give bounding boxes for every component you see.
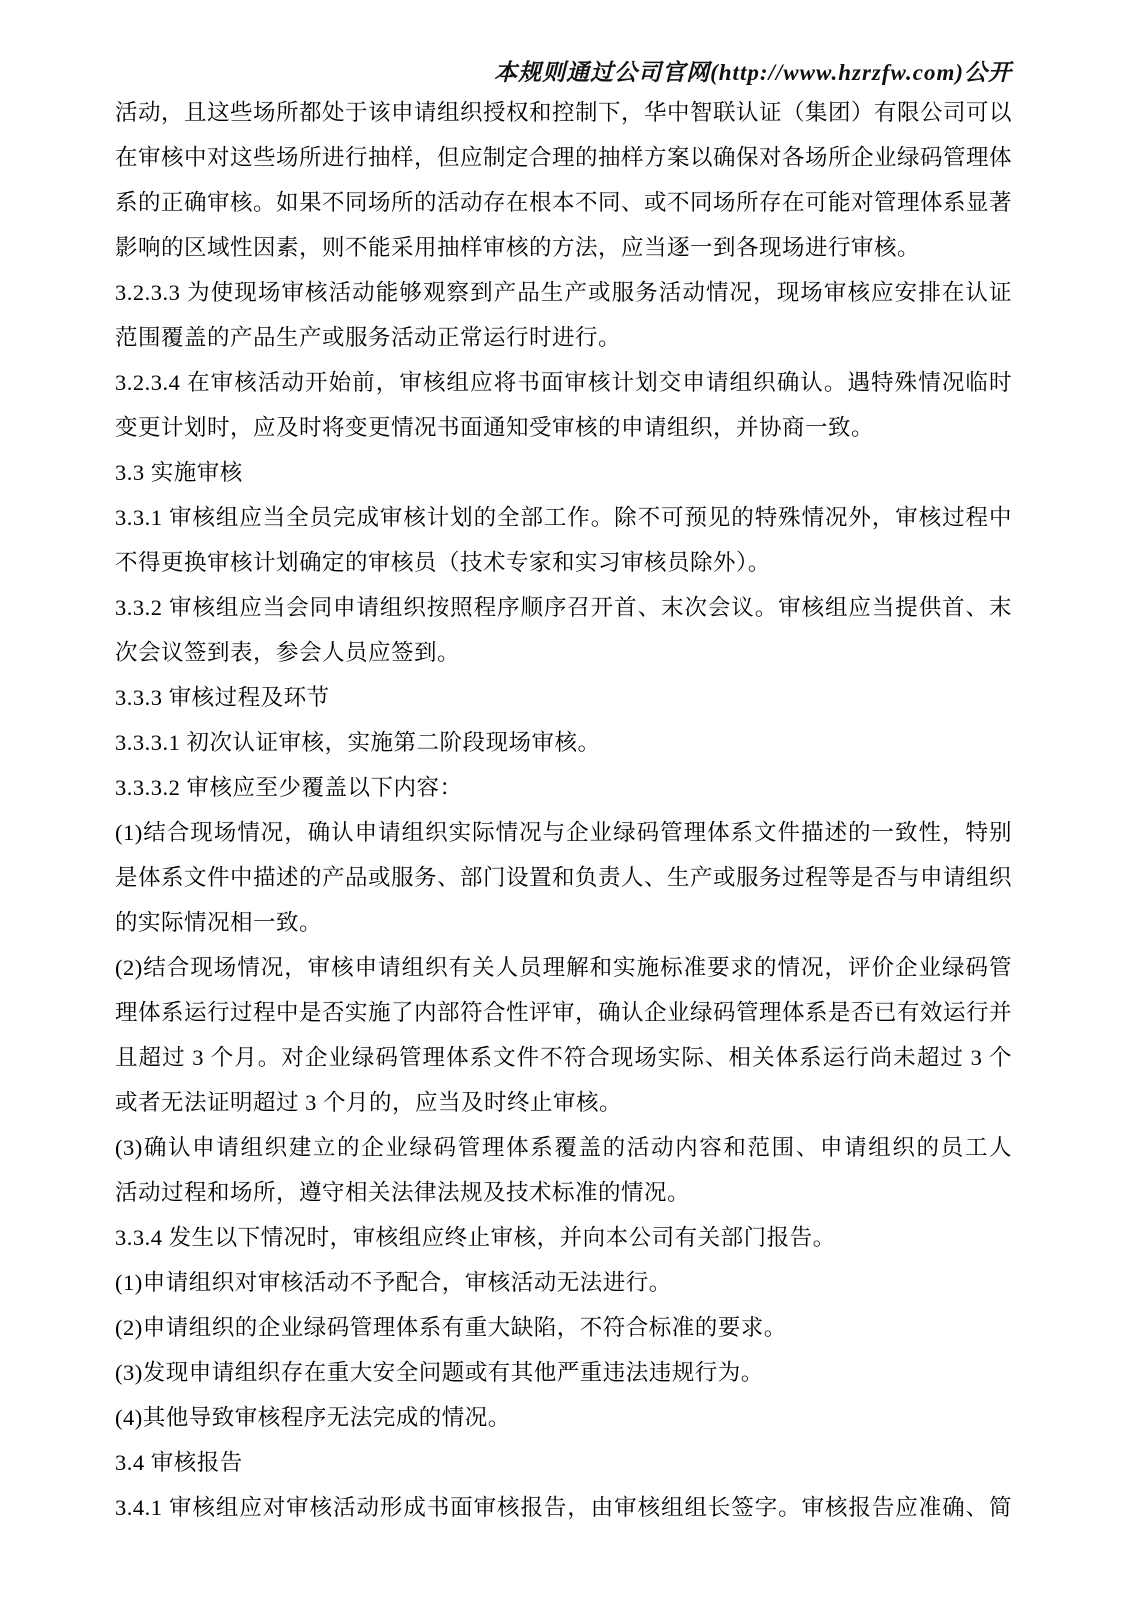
text-line: 理体系运行过程中是否实施了内部符合性评审，确认企业绿码管理体系是否已有效运行并 bbox=[115, 990, 1012, 1035]
list-item: (3)发现申请组织存在重大安全问题或有其他严重违法违规行为。 bbox=[115, 1350, 1012, 1395]
text-line: 且超过 3 个月。对企业绿码管理体系文件不符合现场实际、相关体系运行尚未超过 3… bbox=[115, 1035, 1012, 1080]
list-item: (1)申请组织对审核活动不予配合，审核活动无法进行。 bbox=[115, 1260, 1012, 1305]
text-line: 3.3.3.1 初次认证审核，实施第二阶段现场审核。 bbox=[115, 720, 1012, 765]
text-line: 的实际情况相一致。 bbox=[115, 900, 1012, 945]
text-line: 变更计划时，应及时将变更情况书面通知受审核的申请组织，并协商一致。 bbox=[115, 405, 1012, 450]
text-line: 或者无法证明超过 3 个月的，应当及时终止审核。 bbox=[115, 1080, 1012, 1125]
text-line: 活动过程和场所，遵守相关法律法规及技术标准的情况。 bbox=[115, 1170, 1012, 1215]
text-line: 3.3.1 审核组应当全员完成审核计划的全部工作。除不可预见的特殊情况外，审核过… bbox=[115, 495, 1012, 540]
text-line: 范围覆盖的产品生产或服务活动正常运行时进行。 bbox=[115, 315, 1012, 360]
text-line: 影响的区域性因素，则不能采用抽样审核的方法，应当逐一到各现场进行审核。 bbox=[115, 225, 1012, 270]
text-line: 3.3.4 发生以下情况时，审核组应终止审核，并向本公司有关部门报告。 bbox=[115, 1215, 1012, 1260]
text-line: 是体系文件中描述的产品或服务、部门设置和负责人、生产或服务过程等是否与申请组织 bbox=[115, 855, 1012, 900]
text-line: (3)确认申请组织建立的企业绿码管理体系覆盖的活动内容和范围、申请组织的员工人数… bbox=[115, 1125, 1012, 1170]
text-line: 不得更换审核计划确定的审核员（技术专家和实习审核员除外）。 bbox=[115, 540, 1012, 585]
text-line: 3.2.3.3 为使现场审核活动能够观察到产品生产或服务活动情况，现场审核应安排… bbox=[115, 270, 1012, 315]
page-header-note: 本规则通过公司官网(http://www.hzrzfw.com)公开 bbox=[115, 56, 1012, 90]
text-line: (1)结合现场情况，确认申请组织实际情况与企业绿码管理体系文件描述的一致性，特别 bbox=[115, 810, 1012, 855]
text-line: 在审核中对这些场所进行抽样，但应制定合理的抽样方案以确保对各场所企业绿码管理体 bbox=[115, 135, 1012, 180]
list-item: (4)其他导致审核程序无法完成的情况。 bbox=[115, 1395, 1012, 1440]
text-line: (2)结合现场情况，审核申请组织有关人员理解和实施标准要求的情况，评价企业绿码管 bbox=[115, 945, 1012, 990]
document-page: 本规则通过公司官网(http://www.hzrzfw.com)公开 活动，且这… bbox=[0, 0, 1131, 1600]
text-line: 活动，且这些场所都处于该申请组织授权和控制下，华中智联认证（集团）有限公司可以 bbox=[115, 90, 1012, 135]
document-body: 活动，且这些场所都处于该申请组织授权和控制下，华中智联认证（集团）有限公司可以 … bbox=[115, 90, 1012, 1530]
text-line: 系的正确审核。如果不同场所的活动存在根本不同、或不同场所存在可能对管理体系显著 bbox=[115, 180, 1012, 225]
section-heading: 3.3 实施审核 bbox=[115, 450, 1012, 495]
text-line: 3.4.1 审核组应对审核活动形成书面审核报告，由审核组组长签字。审核报告应准确… bbox=[115, 1485, 1012, 1530]
text-line: 次会议签到表，参会人员应签到。 bbox=[115, 630, 1012, 675]
text-line: 3.3.2 审核组应当会同申请组织按照程序顺序召开首、末次会议。审核组应当提供首… bbox=[115, 585, 1012, 630]
text-line: 3.3.3.2 审核应至少覆盖以下内容： bbox=[115, 765, 1012, 810]
text-line: 3.2.3.4 在审核活动开始前，审核组应将书面审核计划交申请组织确认。遇特殊情… bbox=[115, 360, 1012, 405]
section-heading: 3.3.3 审核过程及环节 bbox=[115, 675, 1012, 720]
list-item: (2)申请组织的企业绿码管理体系有重大缺陷，不符合标准的要求。 bbox=[115, 1305, 1012, 1350]
section-heading: 3.4 审核报告 bbox=[115, 1440, 1012, 1485]
